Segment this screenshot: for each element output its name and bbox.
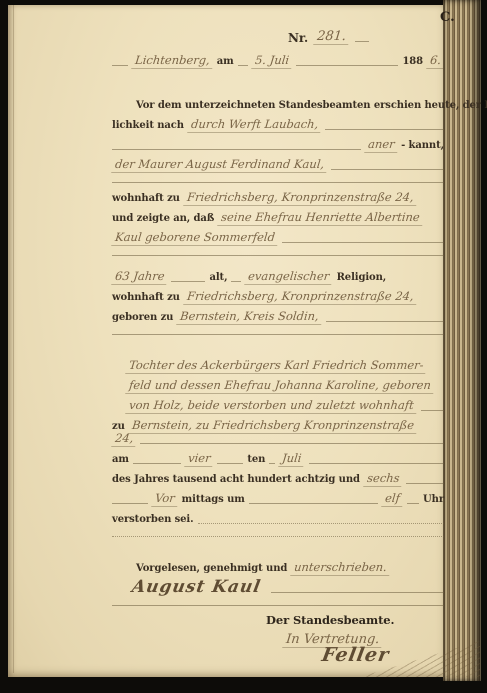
form-line: des Jahres tausend acht hundert achtzig … [112,468,444,488]
blank-rule [282,232,444,243]
printed-text: und zeigte an, daß [112,213,214,225]
form-line: lichkeit nachdurch Werft Laubach, [112,114,444,134]
blank-rule [112,324,444,335]
form-line: Tochter des Ackerbürgers Karl Friedrich … [112,355,444,375]
blank-rule [112,139,361,150]
blank-rule [331,159,444,170]
printed-text: Vor dem unterzeichneten Standesbeamten e… [136,100,487,112]
handwritten-text: feld und dessen Ehefrau Johanna Karoline… [125,379,434,394]
handwritten-text: sechs [363,472,403,487]
printed-text: ten [247,454,265,466]
form-line: und zeigte an, daßseine Ehefrau Henriett… [112,207,444,227]
blank-rule [296,55,399,66]
form-line [112,597,444,610]
handwritten-text: 24, [111,432,137,447]
form-line: Vorgelesen, genehmigt undunterschrieben. [112,557,444,577]
form-letter-c: C. [440,10,455,25]
printed-text: verstorben sei. [112,514,194,526]
blank-rule [238,55,248,66]
handwritten-text: elf [381,492,403,507]
blank-rule [269,453,275,464]
blank-rule [326,311,444,322]
printed-text: Religion, [337,272,387,284]
handwritten-text: durch Werft Laubach, [187,118,322,133]
printed-text: alt, [209,272,227,284]
place-and-date-line: Lichtenberg,am5. Juli1886. [112,50,444,70]
handwritten-text: Kaul geborene Sommerfeld [111,231,278,246]
printed-text: am [112,454,129,466]
form-body: Vor dem unterzeichneten Standesbeamten e… [112,94,444,610]
form-line: wohnhaft zuFriedrichsberg, Kronprinzenst… [112,187,444,207]
printed-text: Uhr [423,494,444,506]
blank-rule [406,473,444,484]
blank-rule [407,493,419,504]
handwritten-text: vier [184,452,214,467]
form-line: amviertenJuli [112,448,444,468]
blank-rule [171,271,205,282]
printed-text: 188 [402,56,423,68]
scanned-death-register-page: C. Nr. 281. Lichtenberg,am5. Juli1886. V… [0,0,487,693]
blank-rule [112,172,444,183]
printed-text: wohnhaft zu [112,292,180,304]
handwritten-text: 5. Juli [251,54,293,69]
form-line: 63 Jahrealt,evangelischerReligion, [112,266,444,286]
nr-label: Nr. [288,32,308,44]
handwritten-text: Juli [279,452,306,467]
blank-rule [112,55,128,66]
handwritten-text: 6. [426,54,445,69]
printed-text: - kannt, [401,140,444,152]
form-line: feld und dessen Ehefrau Johanna Karoline… [112,375,444,395]
form-line [112,247,444,260]
form-line: geboren zuBernstein, Kreis Soldin, [112,306,444,326]
blank-rule [271,582,444,593]
blank-rule [198,513,444,524]
form-line [112,326,444,339]
handwritten-text: Bernstein, zu Friedrichsberg Kronprinzen… [128,419,418,434]
form-line: von Holz, beide verstorben und zuletzt w… [112,395,444,415]
registrar-label: Der Standesbeamte. [266,614,394,626]
signature-text: August Kaul [124,578,268,597]
printed-text: lichkeit nach [112,120,184,132]
blank-rule [140,433,444,444]
form-line [112,528,444,541]
blank-rule [112,493,148,504]
blank-rule [217,453,243,464]
handwritten-text: 63 Jahre [111,270,168,285]
blank-rule [249,493,379,504]
handwritten-text: der Maurer August Ferdinand Kaul, [111,158,328,173]
printed-text: am [217,56,234,68]
form-line: 24, [112,435,444,448]
blank-rule [231,271,241,282]
page-fold-line [13,5,14,673]
form-line: Lichtenberg,am5. Juli1886. [112,50,444,70]
blank-rule [133,453,181,464]
handwritten-text: Tochter des Ackerbürgers Karl Friedrich … [125,359,427,374]
handwritten-text: Bernstein, Kreis Soldin, [177,310,323,325]
printed-text: geboren zu [112,312,173,324]
form-line: wohnhaft zuFriedrichsberg, Kronprinzenst… [112,286,444,306]
form-line: August Kaul [112,577,444,597]
printed-text: wohnhaft zu [112,193,180,205]
handwritten-text: seine Ehefrau Henriette Albertine [218,211,424,226]
printed-text: Vorgelesen, genehmigt und [136,563,287,575]
form-line: verstorben sei. [112,508,444,528]
handwritten-text: von Holz, beide verstorben und zuletzt w… [125,399,417,414]
form-line: Vormittags umelfUhr [112,488,444,508]
nr-value: 281. [313,30,350,45]
blank-rule [112,245,444,256]
blank-rule [325,119,444,130]
registrar-signature: Feller [314,646,396,665]
form-line: Kaul geborene Sommerfeld [112,227,444,247]
blank-rule [421,400,444,411]
form-line: Vor dem unterzeichneten Standesbeamten e… [112,94,444,114]
handwritten-text: aner [364,138,398,153]
handwritten-text: Lichtenberg, [131,54,213,69]
blank-rule [112,526,444,537]
form-line: aner- kannt, [112,134,444,154]
handwritten-text: unterschrieben. [291,561,391,576]
handwritten-text: Friedrichsberg, Kronprinzenstraße 24, [183,191,417,206]
blank-rule [355,31,369,42]
form-line [112,174,444,187]
form-line: der Maurer August Ferdinand Kaul, [112,154,444,174]
blank-rule [309,453,444,464]
handwritten-text: Friedrichsberg, Kronprinzenstraße 24, [183,290,417,305]
printed-text: mittags um [182,494,245,506]
record-number-line: Nr. 281. [288,26,369,46]
form-line: zuBernstein, zu Friedrichsberg Kronprinz… [112,415,444,435]
printed-text: des Jahres tausend acht hundert achtzig … [112,474,360,486]
handwritten-text: evangelischer [245,270,334,285]
handwritten-text: Vor [151,492,178,507]
